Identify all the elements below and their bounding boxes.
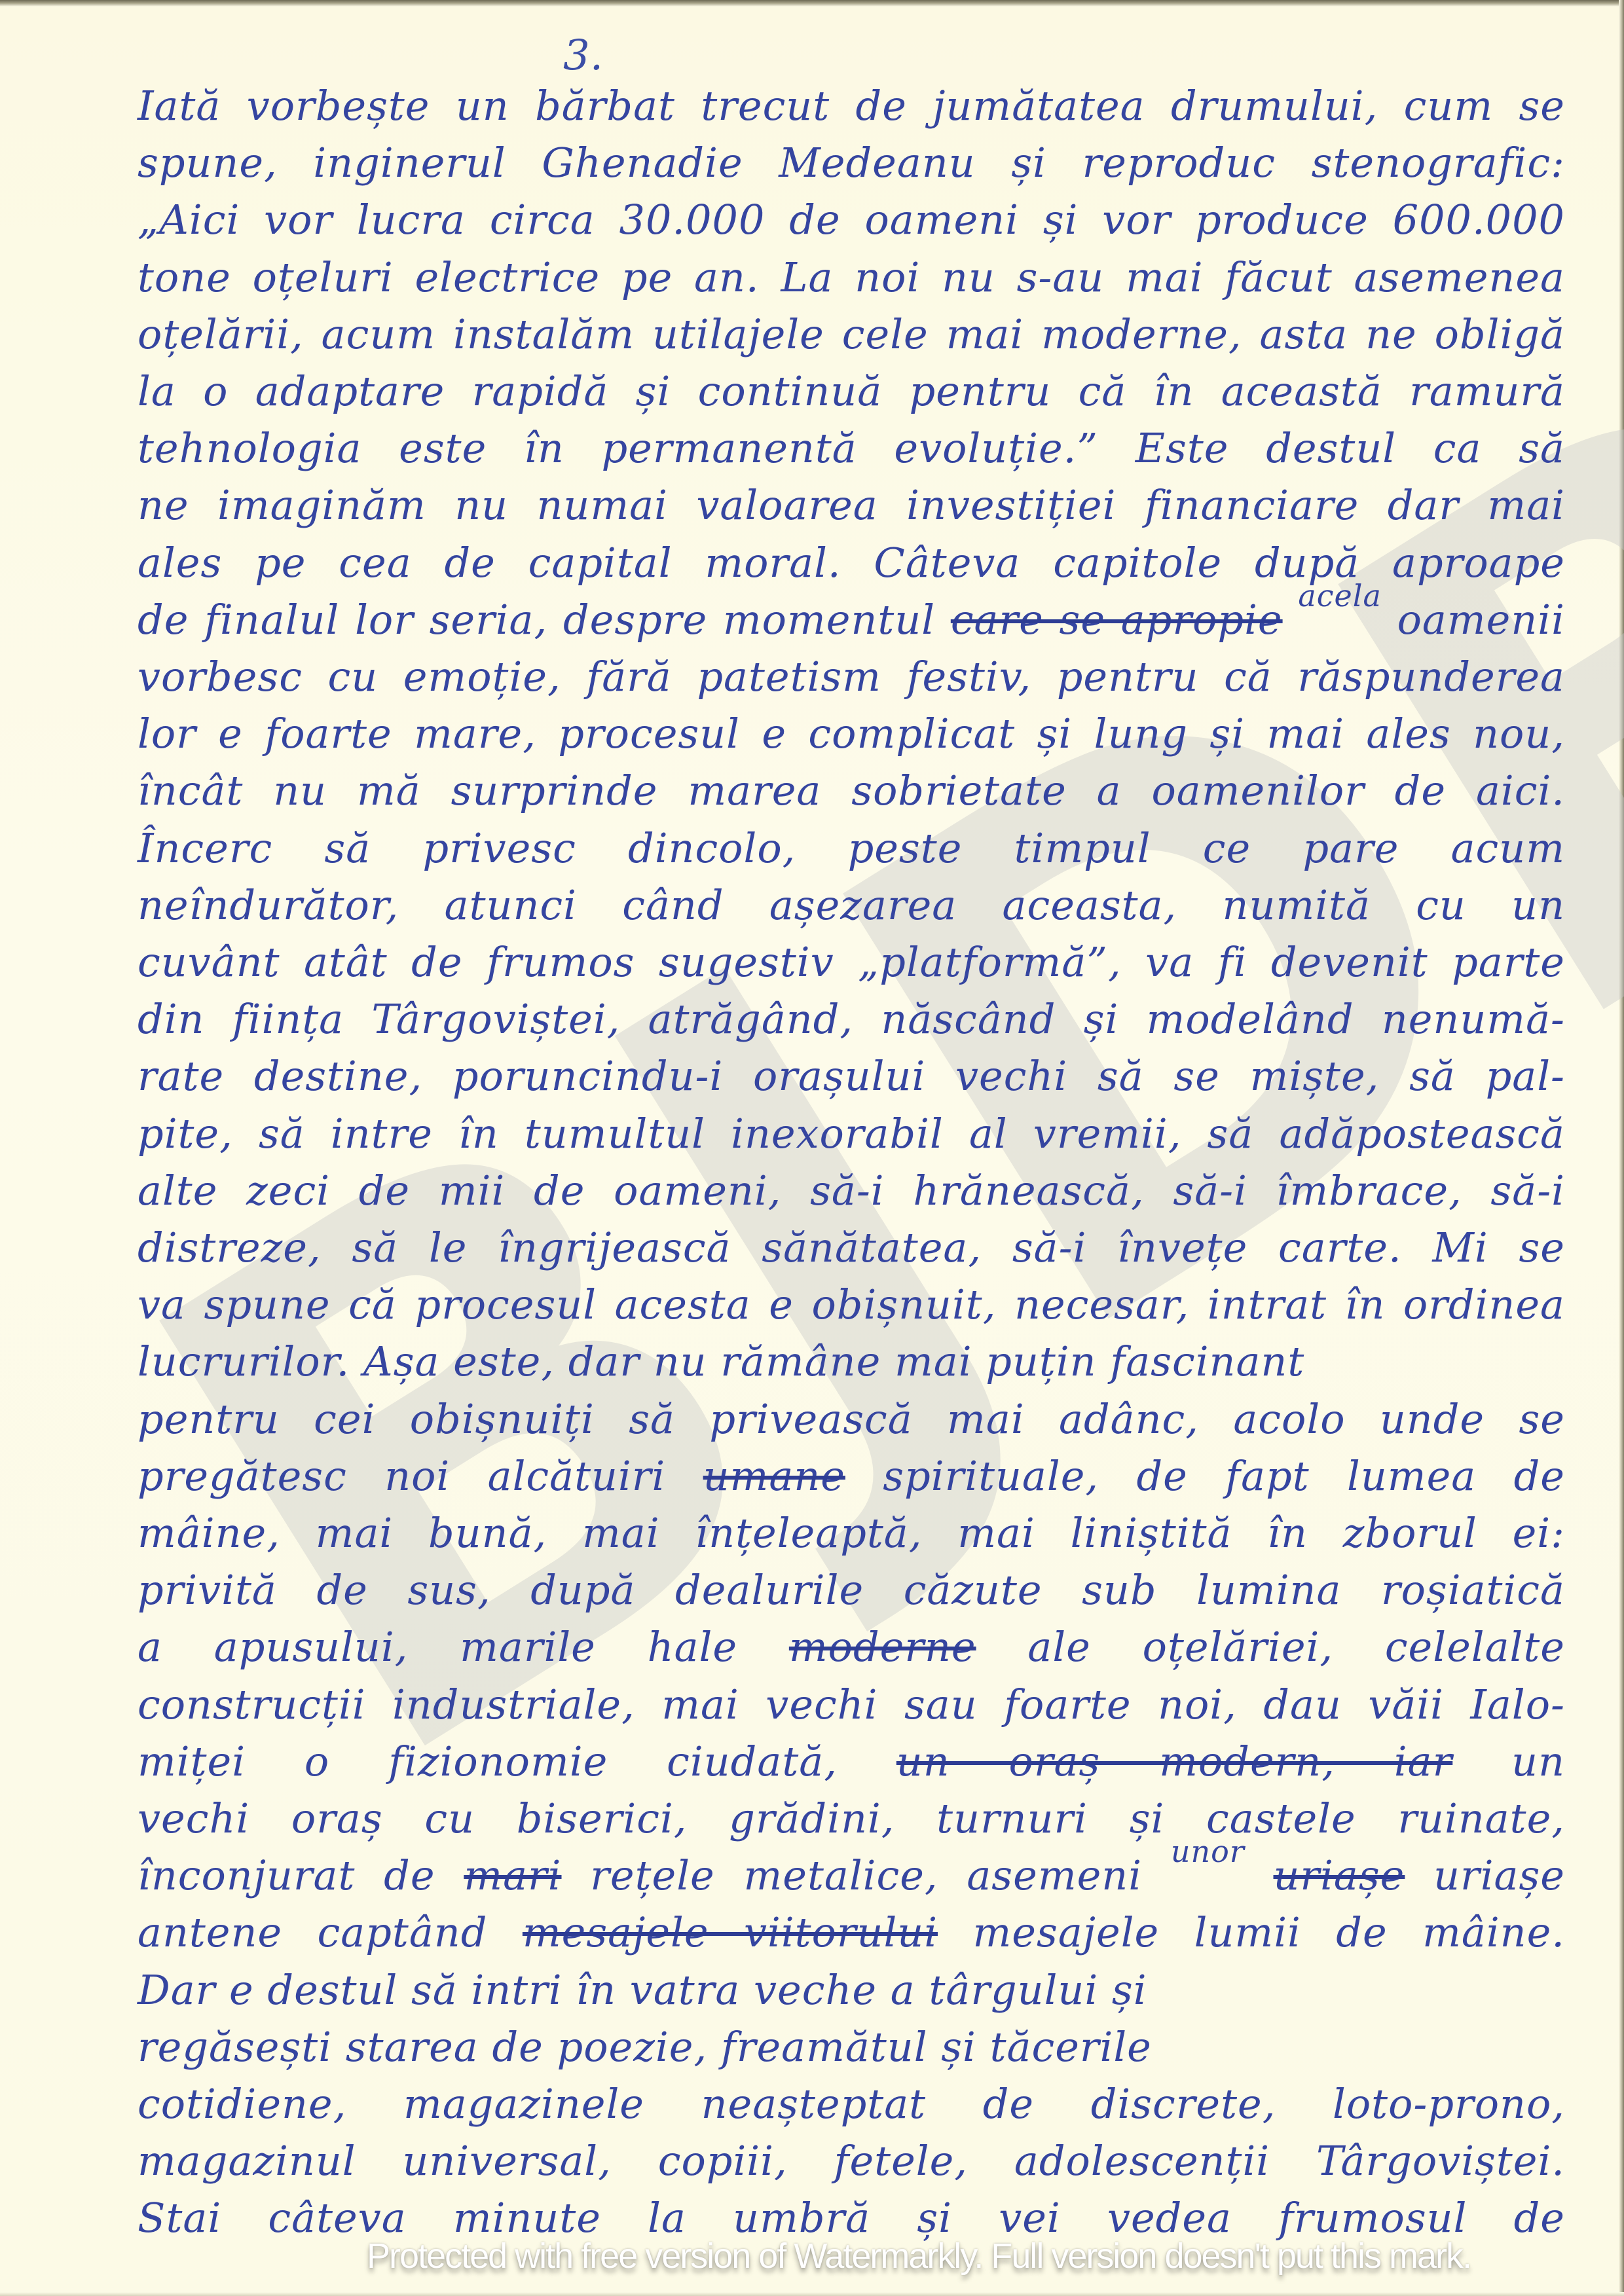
scan-edge-bottom (0, 2292, 1624, 2296)
manuscript-line: ne imaginăm nu numai valoarea investiție… (138, 479, 1565, 532)
line-text: un (1511, 1738, 1565, 1785)
line-text: ale oțelăriei, celelalte (1027, 1623, 1565, 1671)
line-text: „Aici vor lucra circa 30.000 de oameni ș… (138, 196, 1565, 244)
manuscript-line: pregătesc noi alcătuiri umane spirituale… (138, 1450, 1565, 1503)
line-text: distreze, să le îngrijească sănătatea, s… (138, 1224, 1565, 1271)
manuscript-line: lor e foarte mare, procesul e complicat … (138, 708, 1565, 760)
line-text: Stai câteva minute la umbră și vei vedea… (138, 2194, 1565, 2242)
line-text: alte zeci de mii de oameni, să-i hrăneas… (138, 1167, 1565, 1214)
line-text: Încerc să privesc dincolo, peste timpul … (138, 824, 1565, 872)
line-text: din ființa Târgoviștei, atrăgând, născân… (138, 995, 1565, 1043)
struck-out-text: mari (464, 1851, 561, 1899)
line-text: rețele metalice, asemeni (590, 1851, 1142, 1899)
line-text: pite, să intre în tumultul inexorabil al… (138, 1110, 1565, 1157)
line-text: miței o fizionomie ciudată, (138, 1738, 838, 1785)
struck-out-text: umane (703, 1452, 845, 1500)
manuscript-line: vorbesc cu emoție, fără patetism festiv,… (138, 651, 1565, 703)
manuscript-line: rate destine, poruncindu-i orașului vech… (138, 1050, 1565, 1102)
line-text: neîndurător, atunci când așezarea aceast… (138, 881, 1565, 929)
manuscript-line: pentru cei obișnuiți să privească mai ad… (138, 1393, 1565, 1446)
line-text: vorbesc cu emoție, fără patetism festiv,… (138, 653, 1565, 701)
manuscript-line: „Aici vor lucra circa 30.000 de oameni ș… (138, 194, 1565, 246)
line-text: construcții industriale, mai vechi sau f… (138, 1681, 1565, 1728)
line-text: privită de sus, după dealurile căzute su… (138, 1566, 1565, 1614)
line-text: rate destine, poruncindu-i orașului vech… (138, 1052, 1565, 1100)
struck-out-text: mesajele viitorului (523, 1908, 938, 1956)
manuscript-line: neîndurător, atunci când așezarea aceast… (138, 879, 1565, 932)
manuscript-line: a apusului, marile hale moderne ale oțel… (138, 1621, 1565, 1673)
manuscript-line: alte zeci de mii de oameni, să-i hrăneas… (138, 1165, 1565, 1217)
line-text: tehnologia este în permanentă evoluție.”… (138, 424, 1565, 472)
manuscript-line: lucrurilor. Așa este, dar nu rămâne mai … (138, 1336, 1565, 1388)
manuscript-line: încât nu mă surprinde marea sobrietate a… (138, 765, 1565, 817)
line-text: spirituale, de fapt lumea de (883, 1452, 1565, 1500)
line-text: antene captând (138, 1908, 487, 1956)
manuscript-line: pite, să intre în tumultul inexorabil al… (138, 1108, 1565, 1160)
manuscript-line: Dar e destul să intri în vatra veche a t… (138, 1964, 1565, 2016)
scan-edge-top (0, 0, 1624, 7)
watermarkly-footer-notice: Protected with free version of Watermark… (367, 2236, 1349, 2276)
manuscript-line: oțelării, acum instalăm utilajele cele m… (138, 308, 1565, 361)
line-text: mâine, mai bună, mai înțeleaptă, mai lin… (138, 1509, 1565, 1557)
manuscript-line: magazinul universal, copiii, fetele, ado… (138, 2135, 1565, 2187)
line-text: a apusului, marile hale (138, 1623, 737, 1671)
line-text: lucrurilor. Așa este, dar nu rămâne mai … (138, 1338, 1304, 1385)
manuscript-line: tehnologia este în permanentă evoluție.”… (138, 422, 1565, 475)
manuscript-line: cotidiene, magazinele neașteptat de disc… (138, 2078, 1565, 2130)
line-text: cuvânt atât de frumos sugestiv „platform… (138, 938, 1565, 986)
manuscript-line: vechi oraș cu biserici, grădini, turnuri… (138, 1793, 1565, 1845)
line-text: regăsești starea de poezie, freamătul și… (138, 2023, 1152, 2071)
struck-out-text: un oraș modern, iar (896, 1738, 1452, 1785)
line-text: Dar e destul să intri în vatra veche a t… (138, 1966, 1147, 2014)
manuscript-line: Iată vorbește un bărbat trecut de jumăta… (138, 80, 1565, 132)
line-text: pentru cei obișnuiți să privească mai ad… (138, 1395, 1565, 1443)
line-text: ne imaginăm nu numai valoarea investiție… (138, 481, 1565, 529)
line-text: vechi oraș cu biserici, grădini, turnuri… (138, 1795, 1565, 1842)
line-text: oțelării, acum instalăm utilajele cele m… (138, 310, 1565, 358)
line-text: tone oțeluri electrice pe an. La noi nu … (138, 253, 1565, 301)
line-text: de finalul lor seria, despre momentul (138, 596, 935, 644)
manuscript-line: înconjurat de mari rețele metalice, asem… (138, 1850, 1565, 1902)
line-text: magazinul universal, copiii, fetele, ado… (138, 2137, 1565, 2185)
line-text: uriașe (1433, 1851, 1565, 1899)
manuscript-line: de finalul lor seria, despre momentul ca… (138, 594, 1565, 646)
line-text: cotidiene, magazinele neașteptat de disc… (138, 2080, 1565, 2128)
line-text: oamenii (1397, 596, 1565, 644)
manuscript-line: Încerc să privesc dincolo, peste timpul … (138, 822, 1565, 875)
manuscript-line: mâine, mai bună, mai înțeleaptă, mai lin… (138, 1507, 1565, 1559)
inserted-correction: acela (1298, 578, 1382, 613)
manuscript-line: va spune că procesul acesta e obișnuit, … (138, 1279, 1565, 1331)
line-text: mesajele lumii de mâine. (973, 1908, 1565, 1956)
line-text: spune, inginerul Ghenadie Medeanu și rep… (138, 139, 1565, 187)
manuscript-line: cuvânt atât de frumos sugestiv „platform… (138, 936, 1565, 989)
manuscript-line: antene captând mesajele viitorului mesaj… (138, 1906, 1565, 1959)
struck-out-text: care se apropie (951, 596, 1283, 644)
struck-out-text: uriașe (1274, 1851, 1405, 1899)
manuscript-line: miței o fizionomie ciudată, un oraș mode… (138, 1736, 1565, 1788)
manuscript-line: construcții industriale, mai vechi sau f… (138, 1679, 1565, 1731)
struck-out-text: moderne (789, 1623, 976, 1671)
inserted-correction: unor (1171, 1834, 1245, 1869)
manuscript-line: la o adaptare rapidă și continuă pentru … (138, 365, 1565, 418)
line-text: la o adaptare rapidă și continuă pentru … (138, 367, 1565, 415)
manuscript-line: tone oțeluri electrice pe an. La noi nu … (138, 251, 1565, 304)
manuscript-line: din ființa Târgoviștei, atrăgând, născân… (138, 993, 1565, 1046)
line-text: lor e foarte mare, procesul e complicat … (138, 710, 1565, 757)
manuscript-line: regăsești starea de poezie, freamătul și… (138, 2021, 1565, 2073)
line-text: pregătesc noi alcătuiri (138, 1452, 665, 1500)
manuscript-page: BJDB 3. Iată vorbește un bărbat trecut d… (0, 0, 1624, 2296)
line-text: înconjurat de (138, 1851, 435, 1899)
manuscript-line: distreze, să le îngrijească sănătatea, s… (138, 1222, 1565, 1274)
line-text: încât nu mă surprinde marea sobrietate a… (138, 767, 1565, 814)
scan-edge-right (1619, 0, 1624, 2296)
manuscript-line: spune, inginerul Ghenadie Medeanu și rep… (138, 137, 1565, 189)
manuscript-line: privită de sus, după dealurile căzute su… (138, 1564, 1565, 1616)
line-text: Iată vorbește un bărbat trecut de jumăta… (138, 82, 1565, 130)
line-text: va spune că procesul acesta e obișnuit, … (138, 1281, 1565, 1328)
page-number: 3. (563, 31, 603, 80)
